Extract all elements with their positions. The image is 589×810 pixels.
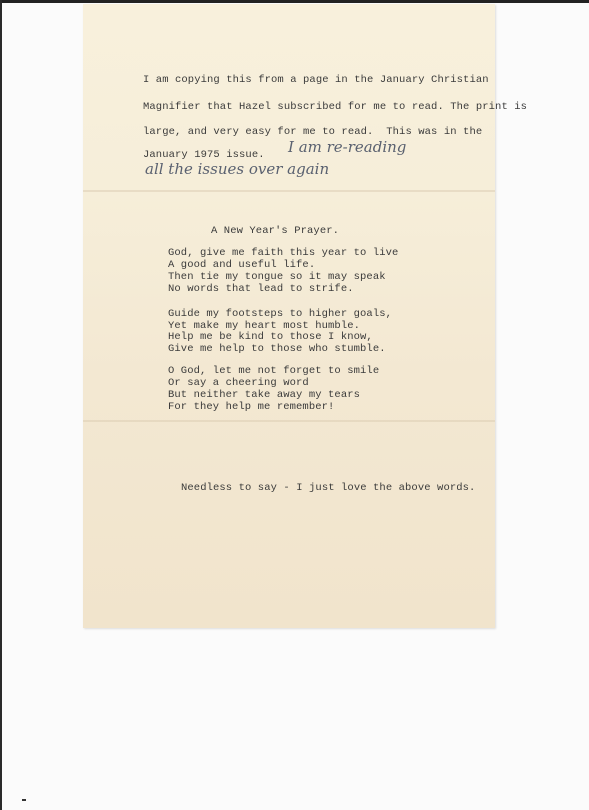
- poem-title: A New Year's Prayer.: [211, 225, 339, 237]
- scan-left-edge: [0, 0, 2, 810]
- intro-line: Magnifier that Hazel subscribed for me t…: [143, 101, 527, 113]
- poem-line: No words that lead to strife.: [168, 283, 354, 295]
- poem-line: O God, let me not forget to smile: [168, 365, 379, 377]
- poem-line: God, give me faith this year to live: [168, 247, 398, 259]
- poem-line: For they help me remember!: [168, 401, 334, 413]
- fold-crease: [83, 420, 495, 422]
- poem-line: Then tie my tongue so it may speak: [168, 271, 386, 283]
- scan-top-edge: [0, 0, 589, 3]
- poem-line: A good and useful life.: [168, 259, 315, 271]
- handwritten-note-line: all the issues over again: [145, 160, 329, 178]
- poem-line: Give me help to those who stumble.: [168, 343, 386, 355]
- closing-remark: Needless to say - I just love the above …: [181, 482, 475, 494]
- handwritten-note-line: I am re-reading: [288, 138, 406, 156]
- letter-page: I am copying this from a page in the Jan…: [83, 4, 495, 628]
- poem-line: Help me be kind to those I know,: [168, 331, 373, 343]
- poem-line: But neither take away my tears: [168, 389, 360, 401]
- scan-speck: [22, 799, 26, 801]
- poem-line: Or say a cheering word: [168, 377, 309, 389]
- poem-line: Guide my footsteps to higher goals,: [168, 308, 392, 320]
- fold-crease: [83, 190, 495, 192]
- intro-line: I am copying this from a page in the Jan…: [143, 74, 489, 86]
- intro-line: large, and very easy for me to read. Thi…: [143, 126, 482, 138]
